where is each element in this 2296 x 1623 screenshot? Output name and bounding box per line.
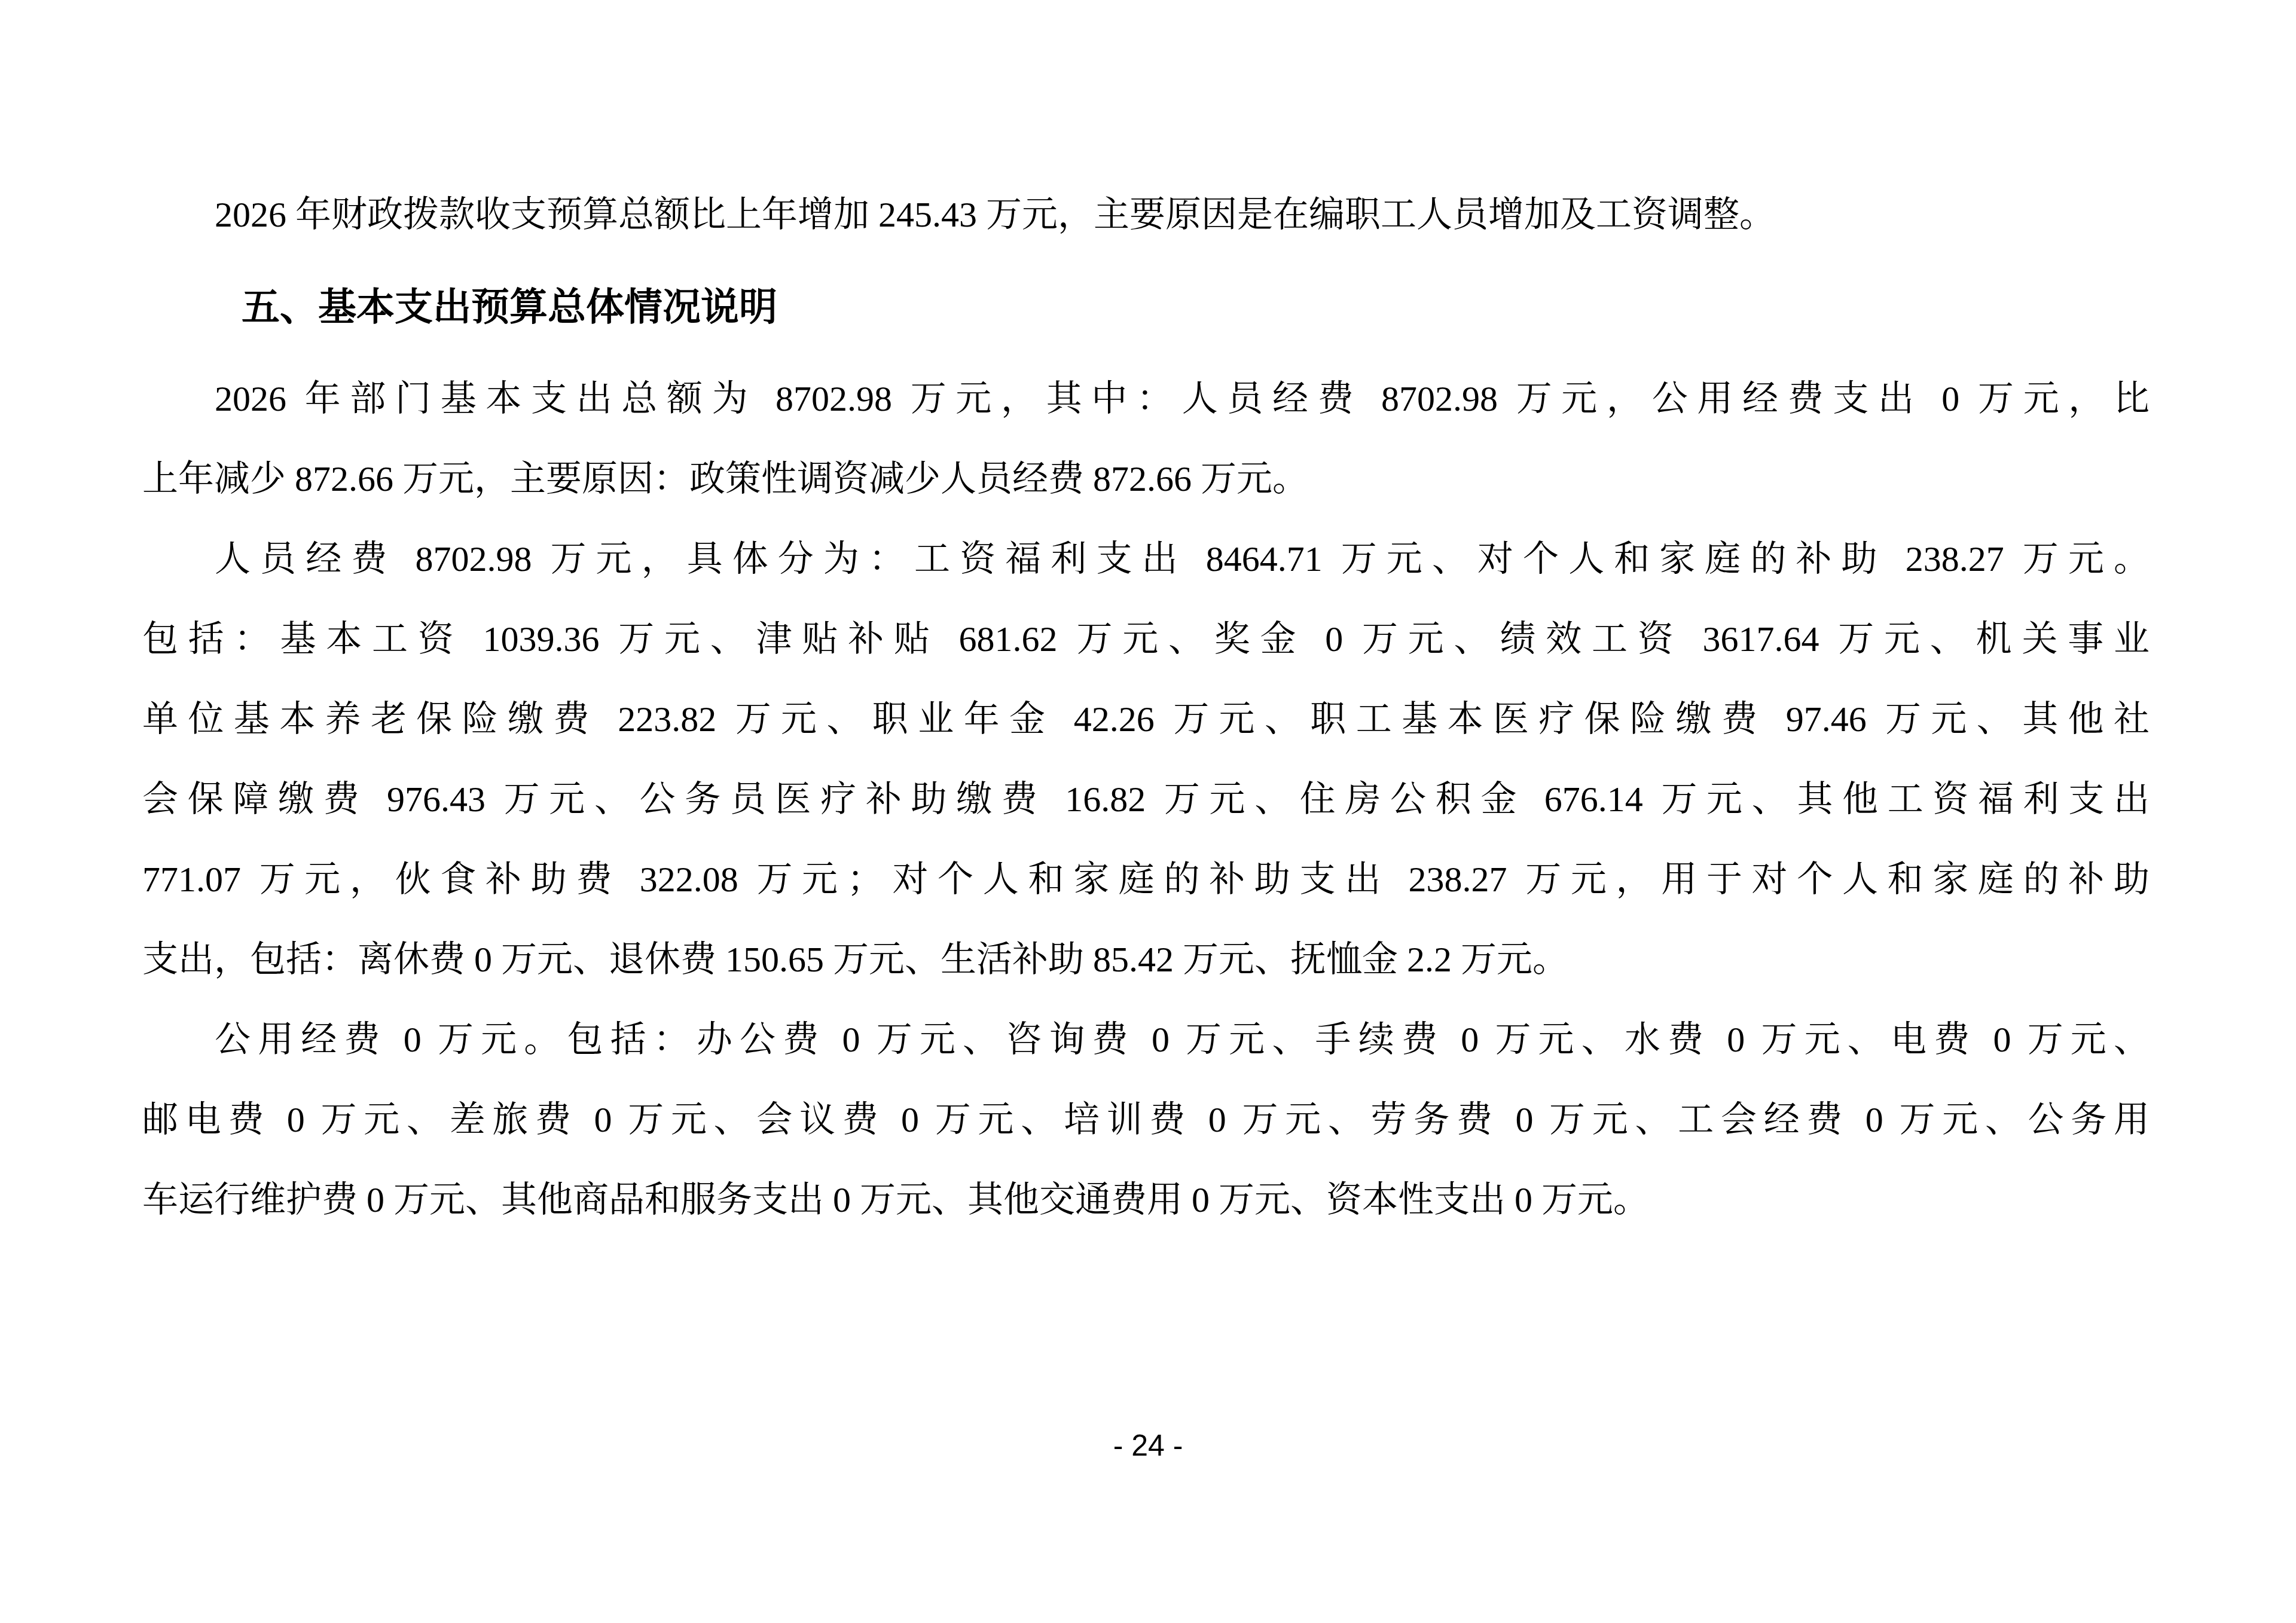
text-line: 车运行维护费 0 万元、其他商品和服务支出 0 万元、其他交通费用 0 万元、资… — [142, 1160, 2150, 1240]
text-line: 单位基本养老保险缴费 223.82 万元、职业年金 42.26 万元、职工基本医… — [142, 679, 2150, 759]
text-line: 公用经费 0 万元。包括：办公费 0 万元、咨询费 0 万元、手续费 0 万元、… — [142, 1000, 2150, 1080]
paragraph: 2026 年财政拨款收支预算总额比上年增加 245.43 万元，主要原因是在编职… — [142, 175, 2150, 255]
paragraph: 公用经费 0 万元。包括：办公费 0 万元、咨询费 0 万元、手续费 0 万元、… — [142, 1000, 2150, 1240]
text-line: 上年减少 872.66 万元，主要原因：政策性调资减少人员经费 872.66 万… — [142, 439, 2150, 519]
document-body: 2026 年财政拨款收支预算总额比上年增加 245.43 万元，主要原因是在编职… — [142, 175, 2150, 1240]
paragraph: 2026 年部门基本支出总额为 8702.98 万元，其中：人员经费 8702.… — [142, 359, 2150, 519]
text-line: 2026 年部门基本支出总额为 8702.98 万元，其中：人员经费 8702.… — [142, 359, 2150, 439]
document-page: 2026 年财政拨款收支预算总额比上年增加 245.43 万元，主要原因是在编职… — [0, 0, 2296, 1623]
section-heading: 五、基本支出预算总体情况说明 — [142, 262, 2150, 352]
paragraph: 人员经费 8702.98 万元，具体分为：工资福利支出 8464.71 万元、对… — [142, 519, 2150, 1000]
page-number: - 24 - — [0, 1430, 2296, 1461]
text-line: 人员经费 8702.98 万元，具体分为：工资福利支出 8464.71 万元、对… — [142, 519, 2150, 599]
text-line: 771.07 万元，伙食补助费 322.08 万元；对个人和家庭的补助支出 23… — [142, 839, 2150, 919]
text-line: 会保障缴费 976.43 万元、公务员医疗补助缴费 16.82 万元、住房公积金… — [142, 759, 2150, 839]
text-line: 包括：基本工资 1039.36 万元、津贴补贴 681.62 万元、奖金 0 万… — [142, 599, 2150, 679]
text-line: 邮电费 0 万元、差旅费 0 万元、会议费 0 万元、培训费 0 万元、劳务费 … — [142, 1080, 2150, 1160]
heading-text: 五、基本支出预算总体情况说明 — [142, 262, 2150, 352]
text-line: 2026 年财政拨款收支预算总额比上年增加 245.43 万元，主要原因是在编职… — [142, 175, 2150, 255]
text-line: 支出，包括：离休费 0 万元、退休费 150.65 万元、生活补助 85.42 … — [142, 919, 2150, 1000]
